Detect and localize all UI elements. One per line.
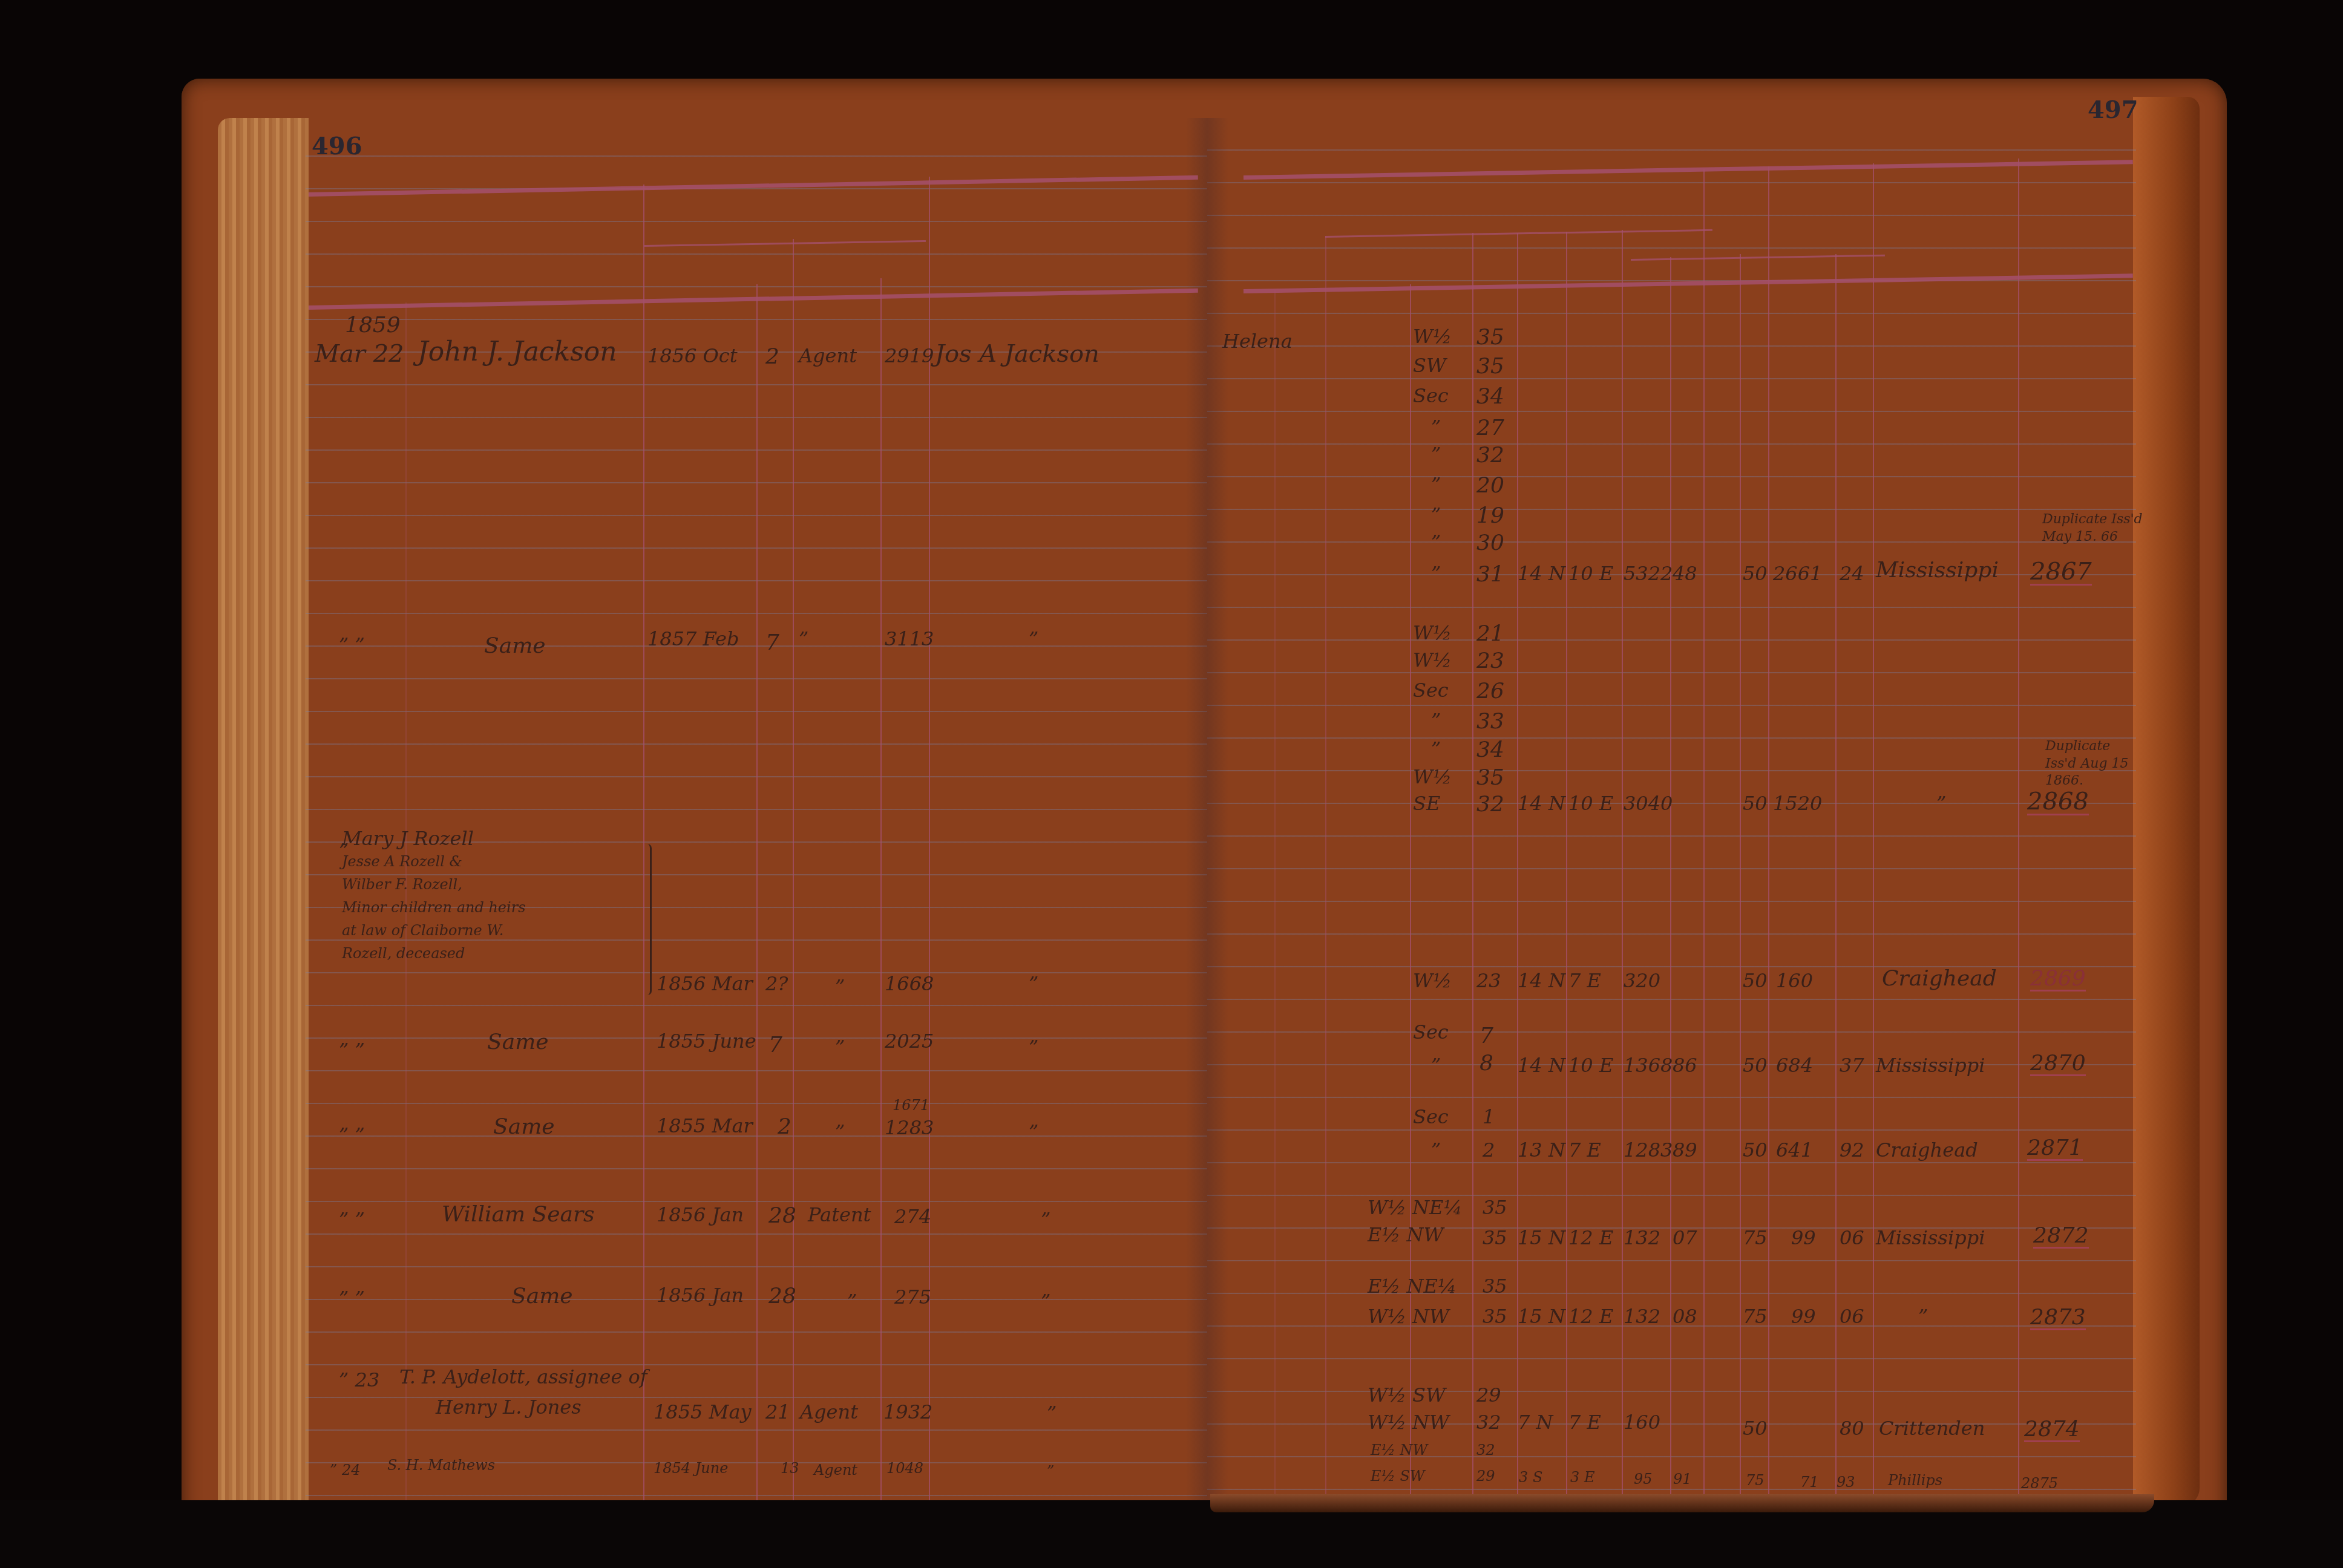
entry-kind: ”: [835, 977, 845, 996]
entry-name: William Sears: [442, 1204, 595, 1226]
entry-name: Same: [484, 635, 546, 657]
entry-name-line: T. P. Aydelott, assignee of: [399, 1367, 647, 1387]
land-sec: 21: [1476, 623, 1504, 645]
land-rate: 50: [1743, 971, 1768, 990]
land-part: W½ SW: [1368, 1385, 1446, 1405]
land-range: 7 E: [1568, 1413, 1601, 1432]
land-part: W½ NE¼: [1368, 1198, 1462, 1217]
land-acres: 3040: [1624, 794, 1673, 813]
entry-agent: ”: [1029, 1037, 1038, 1057]
county: ”: [1918, 1307, 1928, 1326]
land-acres-frac: 48: [1673, 564, 1697, 583]
entry-cert-month: 1854 June: [654, 1461, 728, 1475]
land-part: W½: [1413, 327, 1452, 346]
entry-agent: ”: [1041, 1210, 1050, 1229]
land-amount: 641: [1776, 1140, 1813, 1160]
land-sec: 34: [1476, 386, 1504, 408]
right-col-line: [1566, 232, 1567, 1500]
land-part: W½: [1413, 623, 1452, 642]
county: ”: [1936, 794, 1946, 813]
note-line: 1866.: [2045, 773, 2129, 790]
land-acres: 320: [1624, 971, 1660, 990]
land-rate: 50: [1743, 1140, 1768, 1160]
entry-cert-day: 2: [778, 1116, 791, 1138]
entry-cert-month: 1857 Feb: [647, 629, 739, 648]
right-col-line: [1622, 230, 1623, 1500]
left-col-line: [880, 278, 882, 1503]
land-sec: 35: [1476, 327, 1504, 348]
county: Craighead: [1882, 968, 1997, 990]
land-sec: 35: [1476, 356, 1504, 377]
land-amount: 160: [1776, 971, 1813, 990]
land-part: E½ SW: [1371, 1469, 1425, 1483]
entry-name-line: Jesse A Rozell &: [342, 854, 526, 869]
right-page-number: 497: [2088, 96, 2138, 124]
note-line: Duplicate Iss'd: [2042, 511, 2143, 529]
patent-number: 2872: [2033, 1225, 2089, 1249]
land-part: Sec: [1413, 1022, 1449, 1042]
note-line: May 15. 66: [2042, 529, 2143, 546]
land-acres: 132: [1624, 1307, 1660, 1326]
entry-number: 1283: [885, 1118, 934, 1137]
entry-cert-day: 28: [768, 1285, 796, 1307]
margin-note: Duplicate Iss'd May 15. 66: [2042, 511, 2143, 546]
county: Mississippi: [1876, 560, 1999, 581]
land-sec: 31: [1476, 564, 1504, 586]
entry-date: ” ”: [339, 635, 365, 655]
land-part: ”: [1431, 532, 1441, 552]
patent-number: 2869: [2030, 968, 2086, 991]
land-cents: 92: [1840, 1140, 1864, 1160]
land-township: 13 N: [1518, 1140, 1565, 1160]
land-part: Sec: [1413, 1107, 1449, 1126]
entry-agent: ”: [1047, 1464, 1054, 1478]
land-sec: 35: [1483, 1198, 1507, 1217]
entry-cert-month: 1856 Oct: [647, 346, 738, 365]
entry-cert-month: 1856 Mar: [657, 974, 753, 993]
entry-name: S. H. Mathews: [387, 1458, 495, 1472]
entry-name-line: Henry L. Jones: [436, 1397, 582, 1417]
land-acres: 5322: [1624, 564, 1673, 583]
entry-date: ” ”: [339, 1125, 365, 1145]
right-margin-line: [1274, 290, 1276, 1500]
entry-name-line: Wilber F. Rozell,: [342, 877, 526, 892]
right-col-line: [1873, 163, 1874, 1500]
entry-cert-day: 7: [768, 1034, 782, 1056]
right-col-line: [1703, 169, 1705, 1500]
land-part: ”: [1431, 475, 1441, 494]
right-page-bottom-edge: [1210, 1494, 2154, 1512]
land-rate: 75: [1743, 1228, 1768, 1247]
land-part: Sec: [1413, 386, 1449, 405]
land-rate: 50: [1743, 794, 1768, 813]
land-rate: 50: [1743, 564, 1768, 583]
land-amount: 99: [1791, 1228, 1816, 1247]
land-sec: 23: [1476, 650, 1504, 672]
land-part: ”: [1431, 1140, 1441, 1160]
entry-year: 1859: [345, 315, 401, 336]
land-acres-frac: 86: [1673, 1056, 1697, 1075]
land-acres: 132: [1624, 1228, 1660, 1247]
patent-number: 2870: [2030, 1053, 2086, 1076]
land-part: Sec: [1413, 681, 1449, 700]
land-sec: 35: [1483, 1276, 1507, 1296]
land-township: 14 N: [1518, 794, 1565, 813]
entry-cert-day: 21: [765, 1402, 790, 1422]
entry-cert-month: 1856 Jan: [657, 1285, 744, 1305]
entry-cert-month: 1855 June: [657, 1031, 756, 1051]
patent-number: 2874: [2024, 1419, 2080, 1442]
land-township: 15 N: [1518, 1307, 1565, 1326]
patent-number: 2873: [2030, 1307, 2086, 1330]
entry-name-line: at law of Claiborne W.: [342, 923, 526, 938]
left-page-number: 496: [312, 132, 362, 160]
land-rate: 75: [1746, 1473, 1765, 1488]
land-township: 14 N: [1518, 1056, 1565, 1075]
entry-agent: ”: [1029, 974, 1038, 993]
land-sec: 26: [1476, 681, 1504, 702]
entry-date: ” 23: [339, 1370, 379, 1390]
land-sec: 33: [1476, 711, 1504, 733]
right-col-line: [1670, 257, 1671, 1500]
land-part: W½ NW: [1368, 1413, 1449, 1432]
land-cents: 06: [1840, 1228, 1864, 1247]
land-acres-frac: 07: [1673, 1228, 1697, 1247]
land-part: E½ NE¼: [1368, 1276, 1457, 1296]
entry-agent: ”: [1047, 1403, 1057, 1423]
land-part: ”: [1431, 711, 1441, 730]
entry-cert-day: 2?: [765, 974, 788, 993]
county: Craighead: [1876, 1140, 1978, 1160]
land-acres: 1368: [1624, 1056, 1673, 1075]
entry-kind: ”: [835, 1037, 845, 1057]
entry-kind: Agent: [799, 346, 857, 365]
land-part: W½: [1413, 767, 1452, 786]
land-amount: 71: [1800, 1475, 1819, 1489]
book-gutter: [1186, 118, 1228, 1509]
land-sec: 35: [1483, 1307, 1507, 1326]
land-part: ”: [1431, 564, 1441, 583]
entry-number: 1932: [883, 1402, 932, 1422]
entry-agent: Jos A Jackson: [935, 342, 1099, 366]
entry-kind: Agent: [814, 1463, 857, 1477]
right-col-line: [1835, 254, 1837, 1500]
land-sec: 32: [1476, 1413, 1501, 1432]
right-col-line: [1472, 233, 1473, 1500]
land-township: 15 N: [1518, 1228, 1565, 1247]
county: Mississippi: [1876, 1228, 1985, 1247]
entry-name: Same: [511, 1285, 573, 1307]
entry-number-above: 1671: [893, 1098, 929, 1112]
entry-kind: ”: [835, 1122, 845, 1142]
land-cents: 80: [1840, 1419, 1864, 1438]
entry-number: 274: [894, 1207, 931, 1226]
entry-number: 2919: [885, 346, 934, 365]
land-sec: 34: [1476, 739, 1504, 761]
land-amount: 684: [1776, 1056, 1813, 1075]
land-part: W½ NW: [1368, 1307, 1449, 1326]
land-part: ”: [1431, 417, 1441, 437]
land-rate: 50: [1743, 1419, 1768, 1438]
land-acres-frac: 08: [1673, 1307, 1697, 1326]
county: Phillips: [1888, 1473, 1942, 1488]
land-sec: 23: [1476, 971, 1501, 990]
entry-cert-day: 7: [765, 632, 779, 654]
entry-date: ” ”: [339, 1289, 365, 1308]
entry-kind: Patent: [808, 1205, 871, 1224]
land-part: ”: [1431, 505, 1441, 524]
place: Helena: [1222, 332, 1293, 351]
land-amount: 99: [1791, 1307, 1816, 1326]
land-cents: 06: [1840, 1307, 1864, 1326]
land-acres: 1283: [1624, 1140, 1673, 1160]
land-range: 10 E: [1568, 564, 1613, 583]
entry-name-block: Mary J Rozell Jesse A Rozell & Wilber F.…: [342, 829, 526, 961]
entry-date: Mar 22: [315, 342, 404, 366]
land-part: W½: [1413, 650, 1452, 670]
land-sec: 32: [1476, 445, 1504, 466]
land-range: 12 E: [1568, 1307, 1613, 1326]
left-col-line: [756, 284, 758, 1503]
entry-number: 1668: [885, 974, 934, 993]
land-range: 12 E: [1568, 1228, 1613, 1247]
entry-agent: ”: [1029, 629, 1038, 648]
land-rate: 50: [1743, 1056, 1768, 1075]
land-part: SW: [1413, 356, 1446, 375]
land-cents: 24: [1840, 564, 1864, 583]
patent-number: 2868: [2027, 789, 2089, 815]
entry-cert-day: 13: [781, 1461, 799, 1475]
county: Crittenden: [1879, 1419, 1985, 1438]
land-range: 7 E: [1568, 971, 1601, 990]
entry-cert-month: 1855 May: [654, 1402, 752, 1422]
entry-date: ” ”: [339, 1210, 365, 1229]
entry-number: 1048: [886, 1461, 923, 1475]
land-part: SE: [1413, 794, 1440, 813]
land-cents: 93: [1837, 1475, 1855, 1489]
entry-number: 3113: [885, 629, 934, 648]
land-sec: 2: [1483, 1140, 1495, 1160]
patent-number: 2875: [2021, 1476, 2058, 1491]
land-sec: 1: [1483, 1107, 1495, 1126]
land-sec: 20: [1476, 475, 1504, 497]
entry-number: 275: [894, 1287, 931, 1307]
entry-cert-day: 28: [768, 1205, 796, 1227]
entry-agent: ”: [1029, 1122, 1038, 1142]
land-sec: 19: [1476, 505, 1504, 527]
entry-cert-month: 1855 Mar: [657, 1116, 753, 1135]
land-range: 7 E: [1568, 1140, 1601, 1160]
land-sec: 29: [1476, 1469, 1495, 1483]
land-part: ”: [1431, 1056, 1441, 1075]
entry-name: John J. Jackson: [418, 339, 617, 365]
right-col-line: [1740, 254, 1741, 1500]
land-sec: 32: [1476, 794, 1504, 815]
entry-name-line: Mary J Rozell: [342, 829, 526, 848]
land-part: ”: [1431, 445, 1441, 464]
entry-date: ” ”: [339, 1040, 365, 1060]
land-range: 10 E: [1568, 794, 1613, 813]
entry-agent: ”: [1041, 1292, 1050, 1311]
right-cover-edge: [2133, 97, 2200, 1506]
land-acres-frac: 91: [1673, 1472, 1692, 1486]
bracket: [647, 844, 652, 995]
entry-name-line: Rozell, deceased: [342, 946, 526, 961]
entry-cert-day: 2: [765, 346, 779, 368]
land-cents: 37: [1840, 1056, 1864, 1075]
entry-kind: Agent: [800, 1402, 858, 1422]
land-township: 14 N: [1518, 971, 1565, 990]
land-township: 14 N: [1518, 564, 1565, 583]
note-line: Duplicate: [2045, 738, 2129, 756]
margin-note: Duplicate Iss'd Aug 15 1866.: [2045, 738, 2129, 790]
left-col-line: [643, 185, 644, 1503]
entry-kind: ”: [847, 1292, 857, 1311]
land-sec: 32: [1476, 1443, 1495, 1457]
land-range: 10 E: [1568, 1056, 1613, 1075]
land-township: 3 S: [1519, 1470, 1542, 1485]
entry-name-line: Minor children and heirs: [342, 900, 526, 915]
patent-number: 2871: [2027, 1137, 2083, 1161]
land-sec: 27: [1476, 417, 1504, 439]
land-sec: 29: [1476, 1385, 1501, 1405]
entry-kind: ”: [799, 629, 808, 648]
county: Mississippi: [1876, 1056, 1985, 1075]
land-acres-frac: 89: [1673, 1140, 1697, 1160]
land-sec: 35: [1476, 767, 1504, 789]
land-amount: 2661: [1773, 564, 1822, 583]
entry-number: 2025: [885, 1031, 934, 1051]
note-line: Iss'd Aug 15: [2045, 756, 2129, 773]
left-col-line: [793, 239, 794, 1503]
land-acres: 95: [1634, 1472, 1653, 1486]
right-col-line: [1325, 236, 1326, 1500]
land-amount: 1520: [1773, 794, 1822, 813]
land-sec: 7: [1480, 1025, 1493, 1047]
land-rate: 75: [1743, 1307, 1768, 1326]
right-col-line: [1768, 166, 1769, 1500]
land-part: ”: [1431, 739, 1441, 759]
patent-number: 2867: [2030, 560, 2092, 586]
entry-name: Same: [487, 1031, 549, 1053]
land-township: 7 N: [1518, 1413, 1553, 1432]
land-sec: 30: [1476, 532, 1504, 554]
left-page-block-edge: [218, 118, 309, 1527]
land-sec: 8: [1480, 1053, 1493, 1074]
entry-name: Same: [493, 1116, 555, 1138]
land-sec: 35: [1483, 1228, 1507, 1247]
entry-cert-month: 1856 Jan: [657, 1205, 744, 1224]
land-part: W½: [1413, 971, 1452, 990]
land-part: E½ NW: [1371, 1443, 1427, 1457]
land-range: 3 E: [1570, 1470, 1594, 1485]
right-col-line: [2018, 158, 2019, 1500]
land-acres: 160: [1624, 1413, 1660, 1432]
land-part: E½ NW: [1368, 1225, 1443, 1244]
entry-date: ” 24: [330, 1463, 360, 1477]
